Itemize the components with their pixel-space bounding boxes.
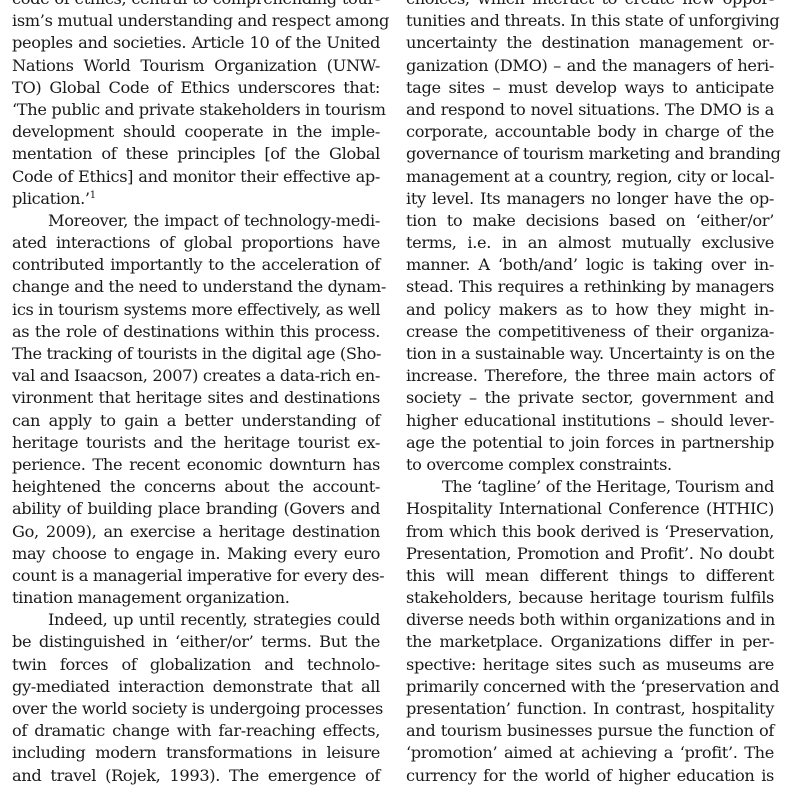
text-line: perience. The recent economic downturn h… [12, 454, 380, 476]
text-line: currency for the world of higher educati… [406, 765, 774, 787]
footnote-marker[interactable]: 1 [90, 190, 96, 201]
text-line: gy-mediated interaction demonstrate that… [12, 676, 380, 698]
text-line: primarily concerned with the ‘preservati… [406, 676, 774, 698]
text-line: vironment that heritage sites and destin… [12, 387, 380, 409]
text-line: may choose to engage in. Making every eu… [12, 543, 380, 565]
line-text: may choose to engage in. Making every eu… [12, 544, 380, 563]
text-line: The tracking of tourists in the digital … [12, 343, 380, 365]
text-line: development should cooperate in the impl… [12, 121, 380, 143]
line-text: crease the competitiveness of their orga… [406, 322, 774, 341]
line-text: The tracking of tourists in the digital … [12, 344, 381, 363]
line-text: higher educational institutions – should… [406, 411, 774, 430]
line-text: peoples and societies. Article 10 of the… [12, 33, 380, 52]
line-text: ity level. Its managers no longer have t… [406, 189, 774, 208]
text-line: and tourism businesses pursue the functi… [406, 720, 774, 742]
line-text: of dramatic change with far-reaching eff… [12, 721, 380, 740]
text-line: Presentation, Promotion and Profit’. No … [406, 543, 774, 565]
line-text: increase. Therefore, the three main acto… [406, 366, 774, 385]
line-text: diverse needs both within organizations … [406, 610, 775, 629]
text-line: corporate, accountable body in charge of… [406, 121, 774, 143]
text-line: age the potential to join forces in part… [406, 432, 774, 454]
line-text: ability of building place branding (Gove… [12, 499, 380, 518]
text-line: plication.’1 [12, 188, 380, 210]
text-line: heritage tourists and the heritage touri… [12, 432, 380, 454]
text-line: Code of Ethics] and monitor their effect… [12, 166, 380, 188]
text-line: contributed importantly to the accelerat… [12, 254, 380, 276]
text-line: society – the private sector, government… [406, 387, 774, 409]
text-line: increase. Therefore, the three main acto… [406, 365, 774, 387]
line-text: Nations World Tourism Organization (UNW- [12, 56, 380, 75]
text-line: from which this book derived is ‘Preserv… [406, 521, 774, 543]
line-text: tunities and threats. In this state of u… [406, 11, 779, 30]
text-line: this will mean different things to diffe… [406, 565, 774, 587]
text-line: change and the need to understand the dy… [12, 276, 380, 298]
text-line: governance of tourism marketing and bran… [406, 143, 774, 165]
line-text: and policy makers as to how they might i… [406, 300, 774, 319]
text-line: Hospitality International Conference (HT… [406, 498, 774, 520]
line-text: governance of tourism marketing and bran… [406, 144, 781, 163]
text-line: ganization (DMO) – and the managers of h… [406, 55, 774, 77]
line-text: corporate, accountable body in charge of… [406, 122, 774, 141]
line-text: society – the private sector, government… [406, 388, 774, 407]
text-line: stakeholders, because heritage tourism f… [406, 587, 774, 609]
line-text: ated interactions of global proportions … [12, 233, 380, 252]
line-text: and travel (Rojek, 1993). The emergence … [12, 766, 380, 785]
line-text: can apply to gain a better understanding… [12, 411, 380, 430]
text-line: Nations World Tourism Organization (UNW- [12, 55, 380, 77]
text-line: as the role of destinations within this … [12, 321, 380, 343]
line-text: contributed importantly to the accelerat… [12, 255, 380, 274]
text-line: can apply to gain a better understanding… [12, 410, 380, 432]
line-text: age the potential to join forces in part… [406, 433, 774, 452]
text-line: tion to make decisions based on ‘either/… [406, 210, 774, 232]
line-text: twin forces of globalization and technol… [12, 655, 380, 674]
line-text: spective: heritage sites such as museums… [406, 655, 774, 674]
line-text: tion in a sustainable way. Uncertainty i… [406, 344, 775, 363]
text-line: ity level. Its managers no longer have t… [406, 188, 774, 210]
line-text: terms, i.e. in an almost mutually exclus… [406, 233, 774, 252]
line-text: be distinguished in ‘either/or’ terms. B… [12, 632, 380, 651]
line-text: val and Isaacson, 2007) creates a data-r… [12, 366, 380, 385]
line-text: ‘promotion’ aimed at achieving a ‘profit… [406, 743, 774, 762]
line-text: this will mean different things to diffe… [406, 566, 774, 585]
line-text: over the world society is undergoing pro… [12, 699, 383, 718]
line-text: heightened the concerns about the accoun… [12, 477, 380, 496]
text-line: terms, i.e. in an almost mutually exclus… [406, 232, 774, 254]
text-line: spective: heritage sites such as museums… [406, 654, 774, 676]
text-line: The ‘tagline’ of the Heritage, Tourism a… [406, 476, 774, 498]
text-line: over the world society is undergoing pro… [12, 698, 380, 720]
line-text: ism’s mutual understanding and respect a… [12, 11, 389, 30]
line-text: the marketplace. Organizations differ in… [406, 632, 774, 651]
left-text-column: code of ethics, central to comprehending… [12, 0, 380, 787]
text-line: ics in tourism systems more effectively,… [12, 299, 380, 321]
line-text: ‘The public and private stakeholders in … [12, 100, 386, 119]
line-text: primarily concerned with the ‘preservati… [406, 677, 779, 696]
text-line: peoples and societies. Article 10 of the… [12, 32, 380, 54]
line-text: stead. This requires a rethinking by man… [406, 277, 774, 296]
line-text: tination management organization. [12, 588, 290, 607]
line-text: gy-mediated interaction demonstrate that… [12, 677, 380, 696]
text-line: ability of building place branding (Gove… [12, 498, 380, 520]
text-line: uncertainty the destination management o… [406, 32, 774, 54]
text-line: ated interactions of global proportions … [12, 232, 380, 254]
text-line: presentation’ function. In contrast, hos… [406, 698, 774, 720]
line-text: choices, which interact to create new op… [406, 0, 774, 8]
line-text: uncertainty the destination management o… [406, 33, 774, 52]
line-text: tage sites – must develop ways to antici… [406, 78, 774, 97]
line-text: TO) Global Code of Ethics underscores th… [12, 78, 380, 97]
text-line: of dramatic change with far-reaching eff… [12, 720, 380, 742]
text-line: diverse needs both within organizations … [406, 609, 774, 631]
line-text: The ‘tagline’ of the Heritage, Tourism a… [442, 477, 774, 496]
text-line: to overcome complex constraints. [406, 454, 774, 476]
text-line: crease the competitiveness of their orga… [406, 321, 774, 343]
line-text: and tourism businesses pursue the functi… [406, 721, 774, 740]
text-line: and policy makers as to how they might i… [406, 299, 774, 321]
text-line: and travel (Rojek, 1993). The emergence … [12, 765, 380, 787]
line-text: and respond to novel situations. The DMO… [406, 100, 774, 119]
text-line: mentation of these principles [of the Gl… [12, 143, 380, 165]
text-line: heightened the concerns about the accoun… [12, 476, 380, 498]
line-text: from which this book derived is ‘Preserv… [406, 522, 774, 541]
line-text: plication.’ [12, 189, 90, 208]
line-text: mentation of these principles [of the Gl… [12, 144, 380, 163]
line-text: Go, 2009), an exercise a heritage destin… [12, 522, 380, 541]
text-line: ism’s mutual understanding and respect a… [12, 10, 380, 32]
text-line: and respond to novel situations. The DMO… [406, 99, 774, 121]
line-text: tion to make decisions based on ‘either/… [406, 211, 774, 230]
line-text: manner. A ‘both/and’ logic is taking ove… [406, 255, 774, 274]
line-text: presentation’ function. In contrast, hos… [406, 699, 774, 718]
line-text: Indeed, up until recently, strategies co… [48, 610, 380, 629]
line-text: ics in tourism systems more effectively,… [12, 300, 380, 319]
text-line: tination management organization. [12, 587, 380, 609]
line-text: stakeholders, because heritage tourism f… [406, 588, 774, 607]
line-text: Presentation, Promotion and Profit’. No … [406, 544, 774, 563]
text-line: the marketplace. Organizations differ in… [406, 631, 774, 653]
text-line: ‘The public and private stakeholders in … [12, 99, 380, 121]
text-line: val and Isaacson, 2007) creates a data-r… [12, 365, 380, 387]
line-text: change and the need to understand the dy… [12, 277, 386, 296]
line-text: Code of Ethics] and monitor their effect… [12, 167, 380, 186]
line-text: to overcome complex constraints. [406, 455, 672, 474]
line-text: heritage tourists and the heritage touri… [12, 433, 380, 452]
text-line: count is a managerial imperative for eve… [12, 565, 380, 587]
text-line: be distinguished in ‘either/or’ terms. B… [12, 631, 380, 653]
line-text: development should cooperate in the impl… [12, 122, 380, 141]
text-line: tage sites – must develop ways to antici… [406, 77, 774, 99]
text-line: ‘promotion’ aimed at achieving a ‘profit… [406, 742, 774, 764]
line-text: Hospitality International Conference (HT… [406, 499, 774, 518]
text-line: higher educational institutions – should… [406, 410, 774, 432]
line-text: as the role of destinations within this … [12, 322, 380, 341]
text-line: twin forces of globalization and technol… [12, 654, 380, 676]
text-line: including modern transformations in leis… [12, 742, 380, 764]
line-text: ganization (DMO) – and the managers of h… [406, 56, 774, 75]
text-line: tion in a sustainable way. Uncertainty i… [406, 343, 774, 365]
text-line: stead. This requires a rethinking by man… [406, 276, 774, 298]
line-text: code of ethics, central to comprehending… [12, 0, 380, 8]
line-text: vironment that heritage sites and destin… [12, 388, 380, 407]
line-text: including modern transformations in leis… [12, 743, 380, 762]
text-line: Moreover, the impact of technology-medi- [12, 210, 380, 232]
line-text: perience. The recent economic downturn h… [12, 455, 380, 474]
text-line: TO) Global Code of Ethics underscores th… [12, 77, 380, 99]
line-text: count is a managerial imperative for eve… [12, 566, 384, 585]
text-line: Go, 2009), an exercise a heritage destin… [12, 521, 380, 543]
right-text-column: choices, which interact to create new op… [406, 0, 774, 787]
text-line: management at a country, region, city or… [406, 166, 774, 188]
text-line: manner. A ‘both/and’ logic is taking ove… [406, 254, 774, 276]
line-text: Moreover, the impact of technology-medi- [48, 211, 380, 230]
line-text: management at a country, region, city or… [406, 167, 774, 186]
text-line: Indeed, up until recently, strategies co… [12, 609, 380, 631]
text-line: choices, which interact to create new op… [406, 0, 774, 10]
line-text: currency for the world of higher educati… [406, 766, 774, 785]
text-line: code of ethics, central to comprehending… [12, 0, 380, 10]
text-line: tunities and threats. In this state of u… [406, 10, 774, 32]
